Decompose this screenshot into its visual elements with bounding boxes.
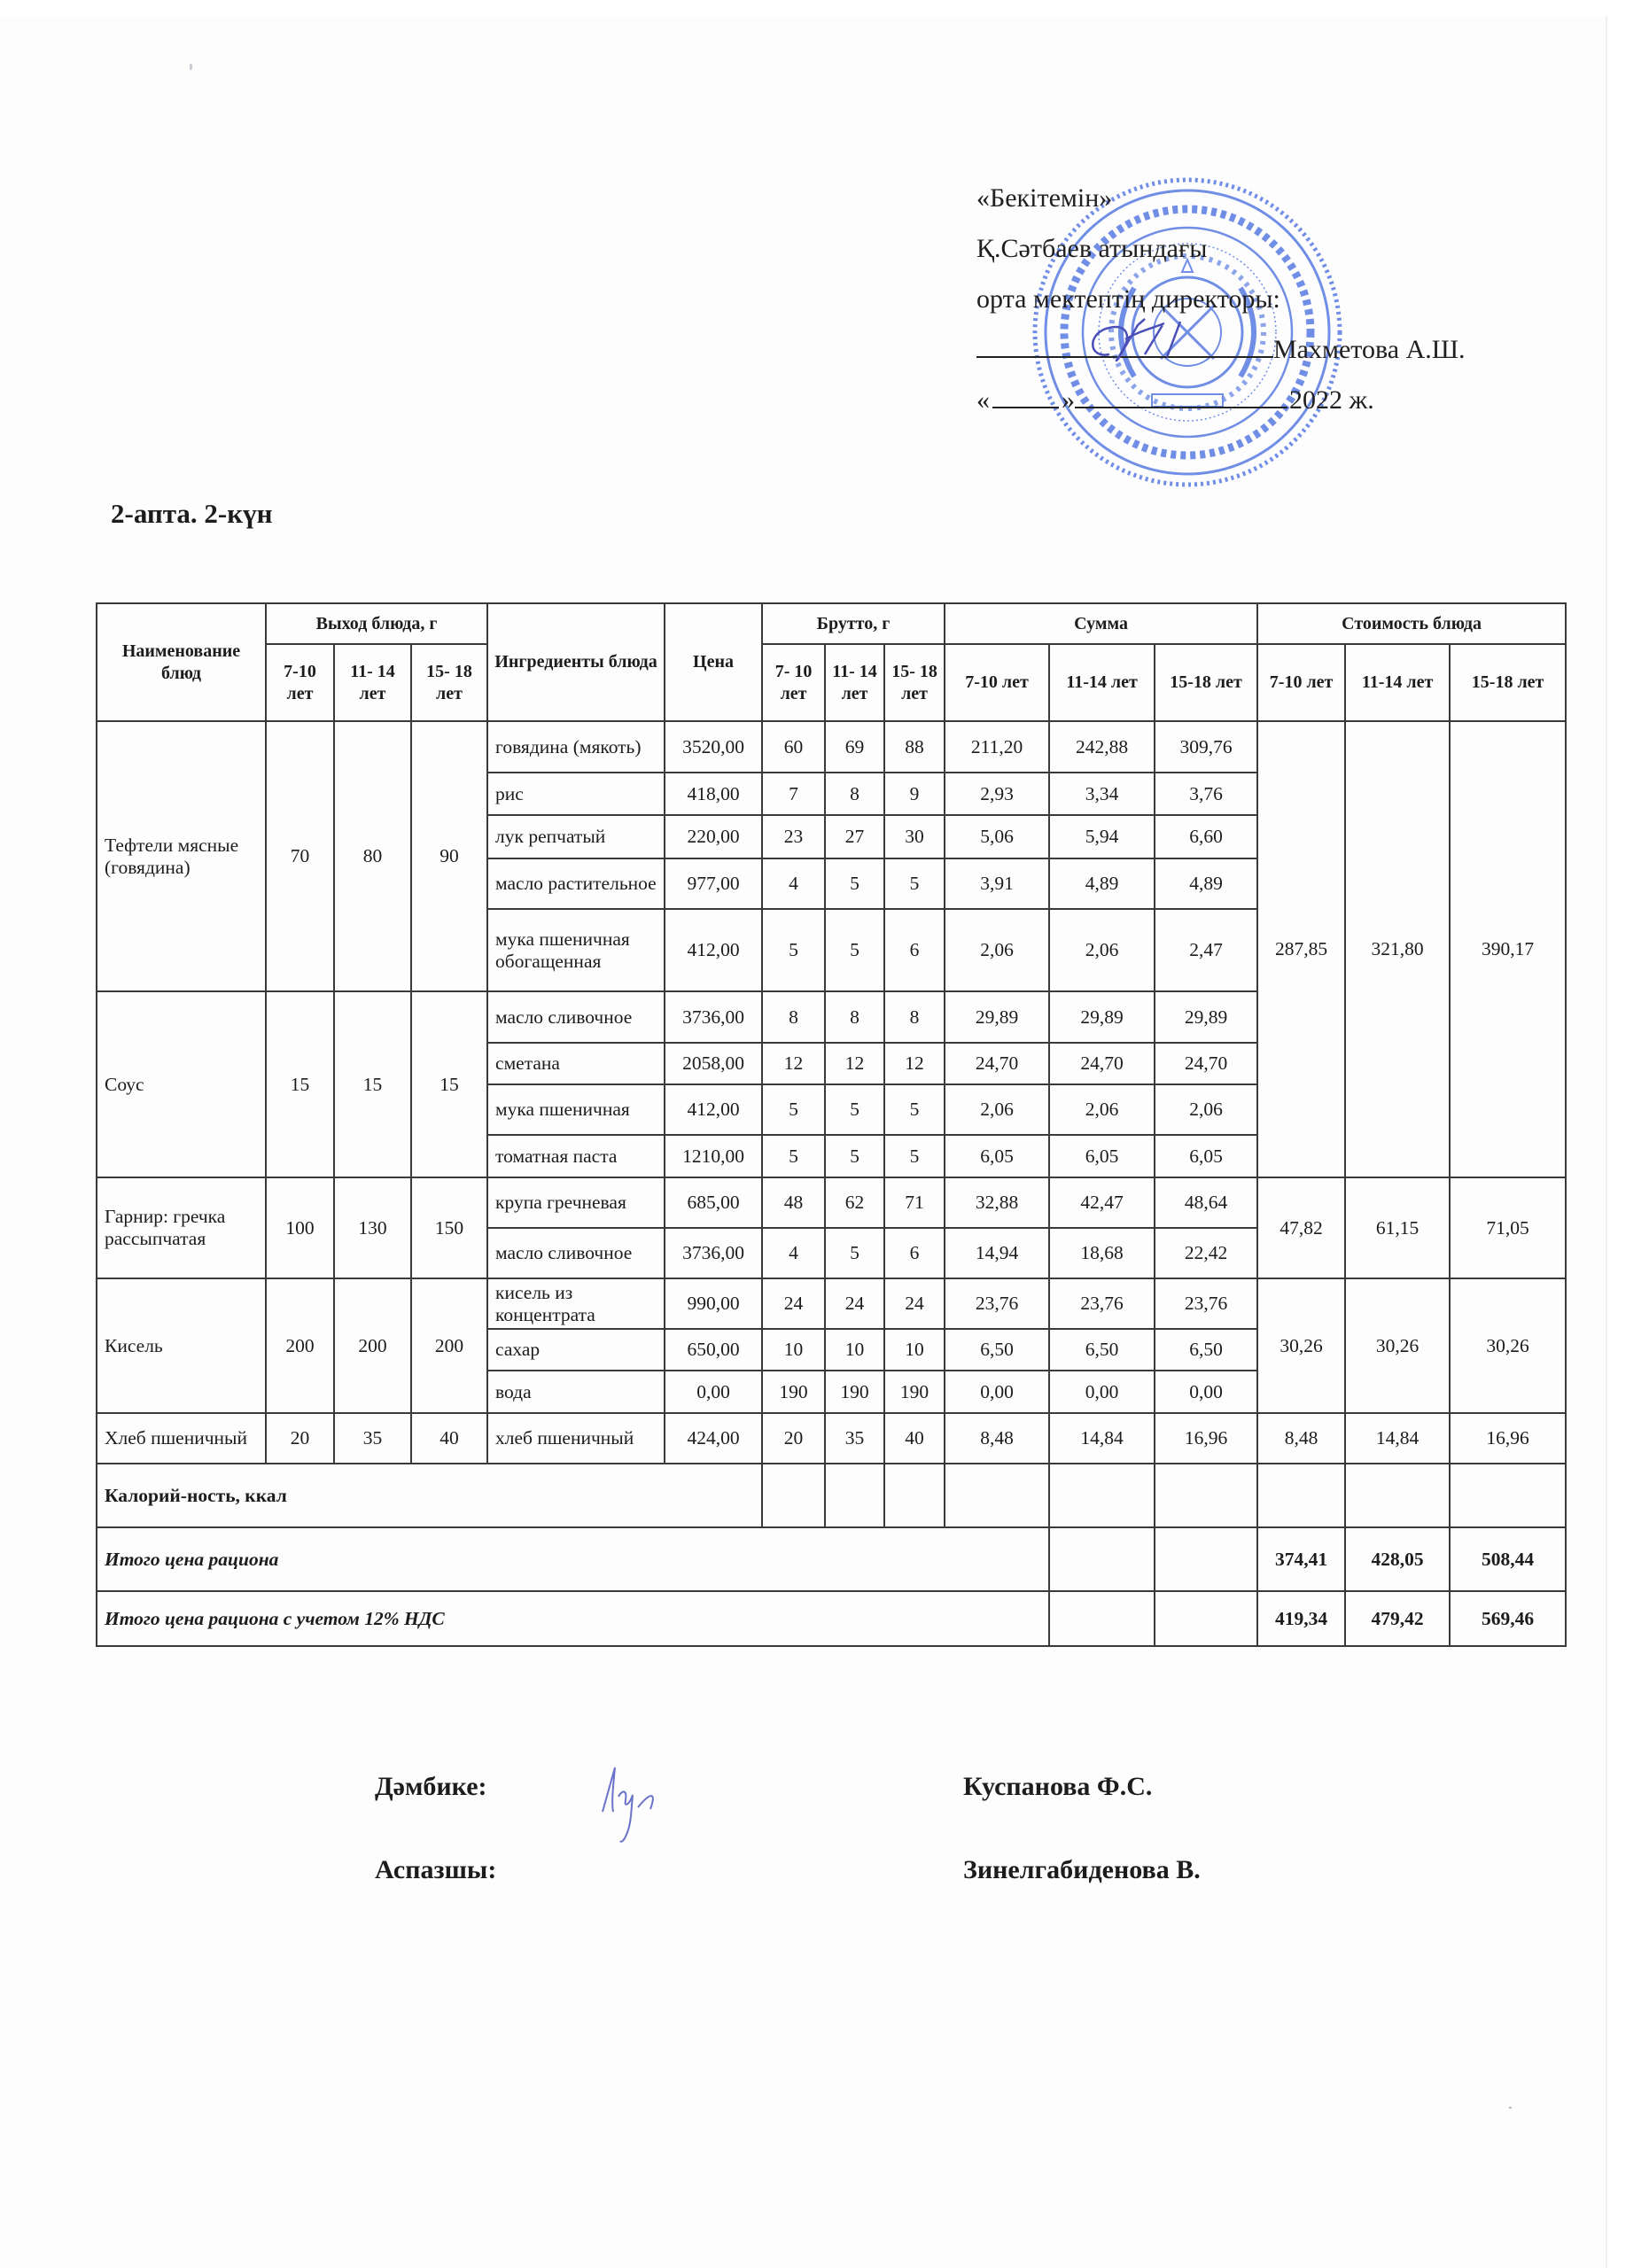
dish-yield: 70: [266, 721, 334, 991]
ingredient-brutto: 48: [762, 1177, 825, 1228]
total-value: 428,05: [1345, 1527, 1450, 1591]
director-signature-line: Махметова А.Ш.: [976, 324, 1466, 375]
ingredient-name: лук репчатый: [487, 815, 665, 858]
header-cost-age: 15-18 лет: [1450, 644, 1566, 721]
dish-yield: 200: [266, 1278, 334, 1413]
total-value: 508,44: [1450, 1527, 1566, 1591]
dish-cost: 30,26: [1345, 1278, 1450, 1413]
calories-cell: [1049, 1464, 1155, 1527]
ingredient-brutto: 190: [884, 1371, 945, 1413]
ingredient-sum: 2,06: [945, 909, 1049, 991]
header-sum-age: 11-14 лет: [1049, 644, 1155, 721]
ingredient-brutto: 20: [762, 1413, 825, 1464]
header-price: Цена: [665, 603, 762, 721]
ingredient-brutto: 8: [884, 991, 945, 1043]
approval-block: «Бекітемін» Қ.Сәтбаев атындағы орта мект…: [976, 173, 1466, 425]
header-yield: Выход блюда, г: [266, 603, 487, 644]
approval-school: Қ.Сәтбаев атындағы: [976, 223, 1466, 274]
calories-cell: [945, 1464, 1049, 1527]
day-blank: [992, 382, 1059, 408]
ingredient-brutto: 190: [762, 1371, 825, 1413]
dish-yield: 200: [411, 1278, 487, 1413]
ingredient-sum: 211,20: [945, 721, 1049, 773]
ingredient-sum: 6,50: [1049, 1329, 1155, 1371]
dish-yield: 150: [411, 1177, 487, 1278]
ingredient-price: 2058,00: [665, 1043, 762, 1084]
ingredient-sum: 29,89: [945, 991, 1049, 1043]
scan-speck: [1509, 2107, 1512, 2109]
ingredient-sum: 0,00: [1155, 1371, 1257, 1413]
ingredient-sum: 24,70: [1049, 1043, 1155, 1084]
scan-speck: [190, 64, 192, 70]
ingredient-sum: 5,94: [1049, 815, 1155, 858]
total-row: Итого цена рациона 374,41 428,05 508,44: [97, 1527, 1566, 1591]
header-brutto-age: 7- 10 лет: [762, 644, 825, 721]
ingredient-name: кисель из концентрата: [487, 1278, 665, 1329]
nurse-role: Дәмбике:: [375, 1772, 487, 1802]
ingredient-brutto: 40: [884, 1413, 945, 1464]
dish-yield: 80: [334, 721, 411, 991]
total-empty-cell: [1049, 1527, 1155, 1591]
dish-name: Тефтели мясные (говядина): [97, 721, 266, 991]
ingredient-name: хлеб пшеничный: [487, 1413, 665, 1464]
total-vat-label: Итого цена рациона с учетом 12% НДС: [97, 1591, 1049, 1646]
ingredient-sum: 8,48: [945, 1413, 1049, 1464]
ingredient-name: крупа гречневая: [487, 1177, 665, 1228]
header-sum-age: 7-10 лет: [945, 644, 1049, 721]
total-vat-value: 569,46: [1450, 1591, 1566, 1646]
ingredient-brutto: 12: [884, 1043, 945, 1084]
header-cost-age: 7-10 лет: [1257, 644, 1345, 721]
dish-name: Кисель: [97, 1278, 266, 1413]
nurse-row: Дәмбике: Куспанова Ф.С.: [375, 1772, 1261, 1855]
ingredient-brutto: 5: [825, 909, 884, 991]
ingredient-name: масло сливочное: [487, 1228, 665, 1278]
header-ingredients: Ингредиенты блюда: [487, 603, 665, 721]
dish-cost: 16,96: [1450, 1413, 1566, 1464]
ingredient-brutto: 10: [884, 1329, 945, 1371]
date-open-quote: «: [976, 385, 990, 415]
ingredient-sum: 48,64: [1155, 1177, 1257, 1228]
ingredient-price: 1210,00: [665, 1135, 762, 1177]
calories-cell: [1257, 1464, 1345, 1527]
ingredient-price: 0,00: [665, 1371, 762, 1413]
ingredient-sum: 242,88: [1049, 721, 1155, 773]
cook-row: Аспазшы: Зинелгабиденова В.: [375, 1855, 1261, 1938]
ingredient-brutto: 62: [825, 1177, 884, 1228]
approval-position: орта мектептің директоры:: [976, 274, 1466, 324]
ingredient-sum: 0,00: [945, 1371, 1049, 1413]
ingredient-sum: 24,70: [1155, 1043, 1257, 1084]
ingredient-brutto: 60: [762, 721, 825, 773]
ingredient-brutto: 5: [762, 1135, 825, 1177]
ingredient-price: 412,00: [665, 909, 762, 991]
ingredient-sum: 23,76: [1049, 1278, 1155, 1329]
calories-cell: [1155, 1464, 1257, 1527]
ingredient-sum: 6,50: [945, 1329, 1049, 1371]
dish-cost: 30,26: [1450, 1278, 1566, 1413]
dish-yield: 100: [266, 1177, 334, 1278]
ingredient-sum: 32,88: [945, 1177, 1049, 1228]
ingredient-sum: 29,89: [1049, 991, 1155, 1043]
dish-cost: 61,15: [1345, 1177, 1450, 1278]
ingredient-brutto: 8: [825, 991, 884, 1043]
ingredient-sum: 5,06: [945, 815, 1049, 858]
ingredient-price: 3736,00: [665, 1228, 762, 1278]
dish-yield: 200: [334, 1278, 411, 1413]
dish-yield: 35: [334, 1413, 411, 1464]
ingredient-brutto: 12: [825, 1043, 884, 1084]
total-vat-value: 479,42: [1345, 1591, 1450, 1646]
dish-cost: 287,85: [1257, 721, 1345, 1177]
header-brutto-age: 11- 14 лет: [825, 644, 884, 721]
ingredient-brutto: 5: [825, 1084, 884, 1135]
ingredient-brutto: 5: [825, 858, 884, 909]
ingredient-sum: 2,06: [945, 1084, 1049, 1135]
dish-yield: 15: [266, 991, 334, 1177]
ingredient-sum: 16,96: [1155, 1413, 1257, 1464]
dish-name: Соус: [97, 991, 266, 1177]
ingredient-sum: 2,06: [1155, 1084, 1257, 1135]
ingredient-name: рис: [487, 773, 665, 815]
total-empty-cell: [1155, 1527, 1257, 1591]
header-yield-age: 11- 14 лет: [334, 644, 411, 721]
director-name: Махметова А.Ш.: [1273, 335, 1466, 364]
calories-cell: [1345, 1464, 1450, 1527]
ingredient-sum: 14,84: [1049, 1413, 1155, 1464]
ingredient-brutto: 190: [825, 1371, 884, 1413]
calories-cell: [825, 1464, 884, 1527]
ingredient-brutto: 5: [762, 1084, 825, 1135]
ingredient-name: масло растительное: [487, 858, 665, 909]
ingredient-price: 977,00: [665, 858, 762, 909]
ingredient-name: говядина (мякоть): [487, 721, 665, 773]
ingredient-name: вода: [487, 1371, 665, 1413]
cook-role: Аспазшы:: [375, 1855, 496, 1885]
director-signature-icon: [1083, 315, 1198, 377]
approval-year: 2022 ж.: [1289, 385, 1374, 415]
total-value: 374,41: [1257, 1527, 1345, 1591]
ingredient-brutto: 23: [762, 815, 825, 858]
page-title: 2-апта. 2-күн: [111, 498, 272, 530]
dish-cost: 71,05: [1450, 1177, 1566, 1278]
ingredient-name: сметана: [487, 1043, 665, 1084]
ingredient-price: 418,00: [665, 773, 762, 815]
ingredient-brutto: 7: [762, 773, 825, 815]
dish-yield: 130: [334, 1177, 411, 1278]
total-vat-value: 419,34: [1257, 1591, 1345, 1646]
ingredient-sum: 6,50: [1155, 1329, 1257, 1371]
ingredient-sum: 24,70: [945, 1043, 1049, 1084]
ingredient-sum: 6,60: [1155, 815, 1257, 858]
dish-yield: 20: [266, 1413, 334, 1464]
header-yield-age: 15- 18 лет: [411, 644, 487, 721]
approval-date-line: «»2022 ж.: [976, 375, 1466, 425]
header-sum: Сумма: [945, 603, 1257, 644]
ingredient-price: 220,00: [665, 815, 762, 858]
ingredient-price: 990,00: [665, 1278, 762, 1329]
table-row: Кисель200200200кисель из концентрата990,…: [97, 1278, 1566, 1329]
ingredient-sum: 6,05: [1155, 1135, 1257, 1177]
menu-cost-table: Наименование блюд Выход блюда, г Ингреди…: [96, 602, 1567, 1647]
menu-body: Тефтели мясные (говядина)708090говядина …: [97, 721, 1566, 1464]
ingredient-brutto: 71: [884, 1177, 945, 1228]
header-dish-name: Наименование блюд: [97, 603, 266, 721]
dish-yield: 15: [411, 991, 487, 1177]
total-vat-row: Итого цена рациона с учетом 12% НДС 419,…: [97, 1591, 1566, 1646]
ingredient-price: 412,00: [665, 1084, 762, 1135]
ingredient-sum: 3,76: [1155, 773, 1257, 815]
dish-cost: 8,48: [1257, 1413, 1345, 1464]
header-yield-age: 7-10 лет: [266, 644, 334, 721]
dish-cost: 390,17: [1450, 721, 1566, 1177]
ingredient-sum: 2,47: [1155, 909, 1257, 991]
ingredient-sum: 29,89: [1155, 991, 1257, 1043]
ingredient-name: томатная паста: [487, 1135, 665, 1177]
dish-cost: 30,26: [1257, 1278, 1345, 1413]
ingredient-brutto: 30: [884, 815, 945, 858]
ingredient-brutto: 8: [825, 773, 884, 815]
ingredient-brutto: 88: [884, 721, 945, 773]
cook-name: Зинелгабиденова В.: [963, 1855, 1201, 1885]
header-brutto: Брутто, г: [762, 603, 945, 644]
dish-name: Хлеб пшеничный: [97, 1413, 266, 1464]
ingredient-brutto: 27: [825, 815, 884, 858]
ingredient-sum: 4,89: [1049, 858, 1155, 909]
dish-cost: 14,84: [1345, 1413, 1450, 1464]
table-row: Хлеб пшеничный203540хлеб пшеничный424,00…: [97, 1413, 1566, 1464]
ingredient-brutto: 24: [762, 1278, 825, 1329]
ingredient-brutto: 9: [884, 773, 945, 815]
ingredient-brutto: 4: [762, 1228, 825, 1278]
ingredient-price: 424,00: [665, 1413, 762, 1464]
ingredient-brutto: 5: [884, 1084, 945, 1135]
dish-yield: 90: [411, 721, 487, 991]
ingredient-sum: 22,42: [1155, 1228, 1257, 1278]
ingredient-brutto: 35: [825, 1413, 884, 1464]
ingredient-sum: 2,93: [945, 773, 1049, 815]
ingredient-brutto: 69: [825, 721, 884, 773]
ingredient-name: сахар: [487, 1329, 665, 1371]
ingredient-brutto: 5: [884, 1135, 945, 1177]
total-empty-cell: [1155, 1591, 1257, 1646]
ingredient-price: 650,00: [665, 1329, 762, 1371]
ingredient-brutto: 10: [762, 1329, 825, 1371]
ingredient-sum: 42,47: [1049, 1177, 1155, 1228]
calories-cell: [1450, 1464, 1566, 1527]
table-row: Тефтели мясные (говядина)708090говядина …: [97, 721, 1566, 773]
ingredient-sum: 3,34: [1049, 773, 1155, 815]
ingredient-sum: 4,89: [1155, 858, 1257, 909]
total-empty-cell: [1049, 1591, 1155, 1646]
dish-yield: 40: [411, 1413, 487, 1464]
date-close-quote: »: [1062, 385, 1075, 415]
ingredient-brutto: 5: [825, 1135, 884, 1177]
calories-cell: [884, 1464, 945, 1527]
ingredient-sum: 6,05: [1049, 1135, 1155, 1177]
dish-yield: 15: [334, 991, 411, 1177]
ingredient-sum: 2,06: [1049, 1084, 1155, 1135]
ingredient-price: 685,00: [665, 1177, 762, 1228]
calories-row: Калорий-ность, ккал: [97, 1464, 1566, 1527]
ingredient-brutto: 8: [762, 991, 825, 1043]
ingredient-brutto: 24: [825, 1278, 884, 1329]
ingredient-brutto: 5: [825, 1228, 884, 1278]
ingredient-brutto: 5: [762, 909, 825, 991]
ingredient-brutto: 6: [884, 1228, 945, 1278]
table-row: Гарнир: гречка рассыпчатая100130150крупа…: [97, 1177, 1566, 1228]
ingredient-brutto: 10: [825, 1329, 884, 1371]
approval-title: «Бекітемін»: [976, 173, 1466, 223]
header-cost: Стоимость блюда: [1257, 603, 1566, 644]
ingredient-sum: 18,68: [1049, 1228, 1155, 1278]
ingredient-sum: 3,91: [945, 858, 1049, 909]
calories-cell: [762, 1464, 825, 1527]
ingredient-sum: 23,76: [1155, 1278, 1257, 1329]
dish-name: Гарнир: гречка рассыпчатая: [97, 1177, 266, 1278]
ingredient-brutto: 12: [762, 1043, 825, 1084]
header-sum-age: 15-18 лет: [1155, 644, 1257, 721]
ingredient-brutto: 24: [884, 1278, 945, 1329]
total-label: Итого цена рациона: [97, 1527, 1049, 1591]
ingredient-sum: 0,00: [1049, 1371, 1155, 1413]
ingredient-brutto: 5: [884, 858, 945, 909]
signatures-footer: Дәмбике: Куспанова Ф.С. Аспазшы: Зинелга…: [375, 1772, 1261, 1938]
ingredient-brutto: 4: [762, 858, 825, 909]
ingredient-sum: 6,05: [945, 1135, 1049, 1177]
header-cost-age: 11-14 лет: [1345, 644, 1450, 721]
ingredient-price: 3736,00: [665, 991, 762, 1043]
ingredient-name: масло сливочное: [487, 991, 665, 1043]
month-blank: [1075, 382, 1287, 408]
ingredient-sum: 2,06: [1049, 909, 1155, 991]
header-brutto-age: 15- 18 лет: [884, 644, 945, 721]
dish-cost: 47,82: [1257, 1177, 1345, 1278]
ingredient-sum: 23,76: [945, 1278, 1049, 1329]
ingredient-sum: 309,76: [1155, 721, 1257, 773]
dish-cost: 321,80: [1345, 721, 1450, 1177]
ingredient-name: мука пшеничная обогащенная: [487, 909, 665, 991]
ingredient-brutto: 6: [884, 909, 945, 991]
calories-label: Калорий-ность, ккал: [97, 1464, 762, 1527]
ingredient-sum: 14,94: [945, 1228, 1049, 1278]
ingredient-price: 3520,00: [665, 721, 762, 773]
ingredient-name: мука пшеничная: [487, 1084, 665, 1135]
nurse-name: Куспанова Ф.С.: [963, 1772, 1152, 1802]
